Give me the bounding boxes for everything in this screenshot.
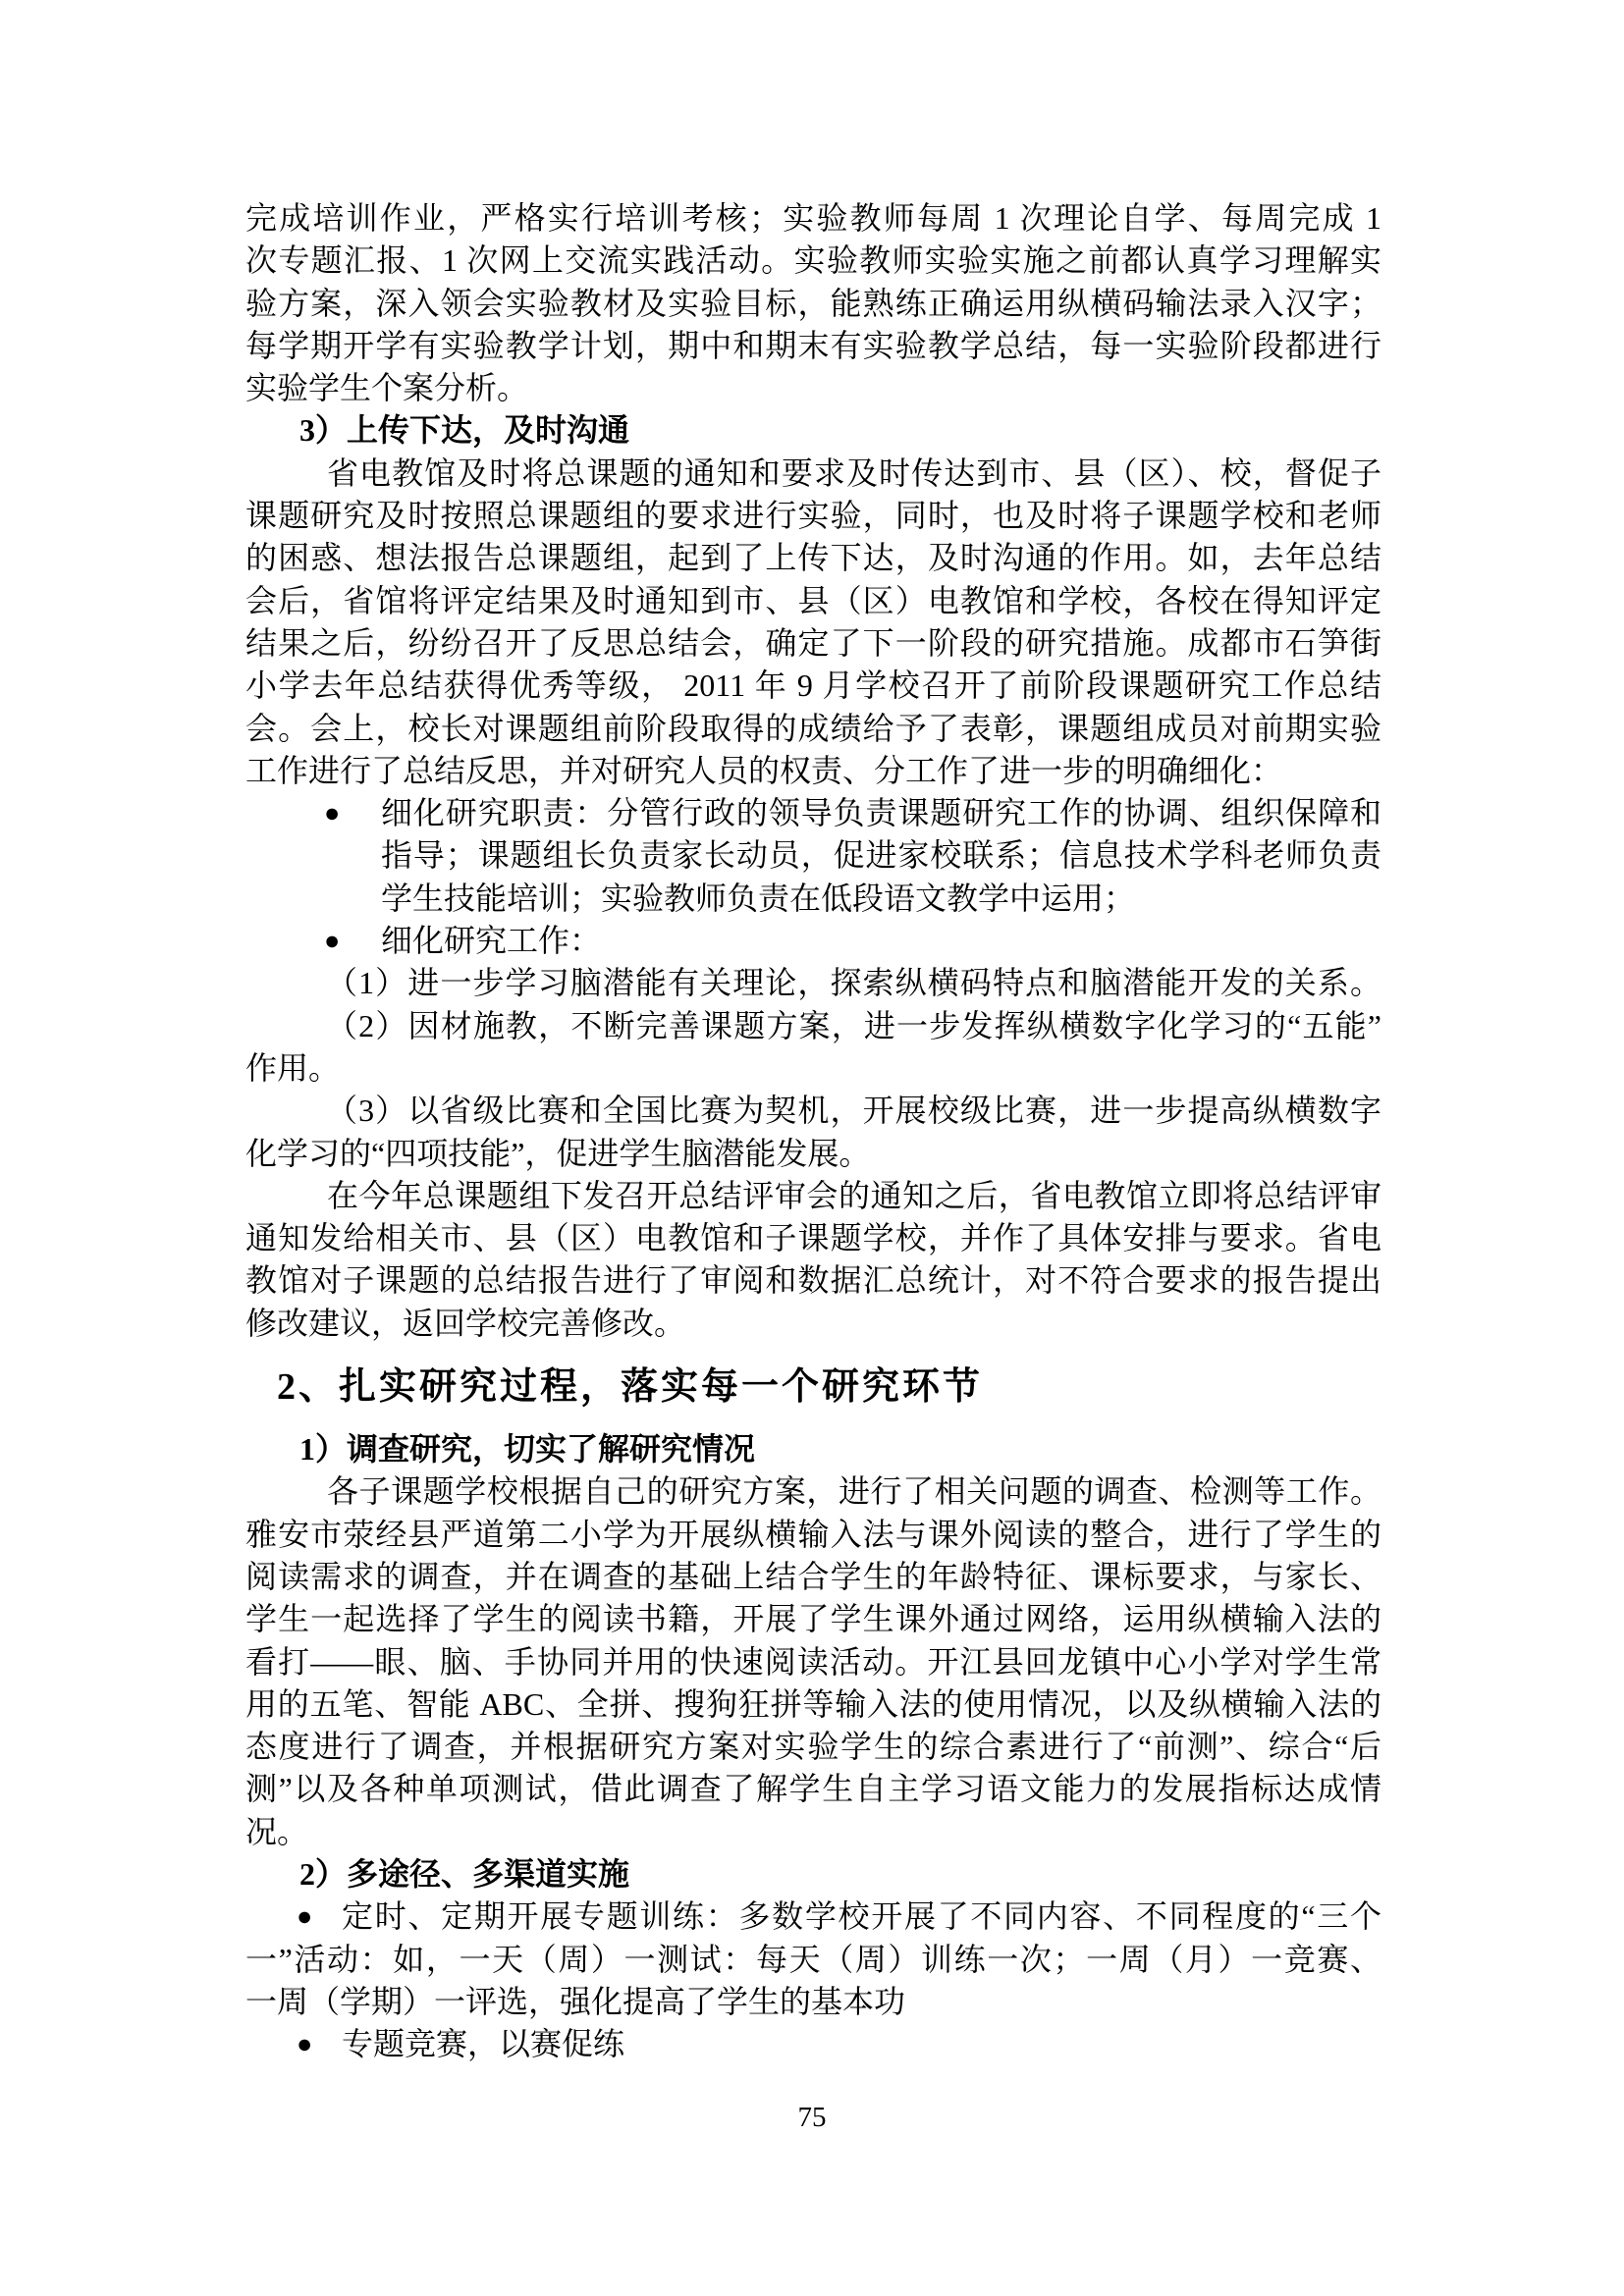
bullet-icon: ● bbox=[297, 2023, 312, 2065]
document-page: 完成培训作业，严格实行培训考核；实验教师每周 1 次理论自学、每周完成 1 次专… bbox=[0, 0, 1624, 2296]
body-text-line: 教馆对子课题的总结报告进行了审阅和数据汇总统计，对不符合要求的报告提出 bbox=[245, 1259, 1381, 1302]
body-text-line: 一”活动：如，一天（周）一测试：每天（周）训练一次；一周（月）一竞赛、 bbox=[245, 1939, 1381, 1981]
body-text-line: 在今年总课题组下发召开总结评审会的通知之后，省电教馆立即将总结评审 bbox=[245, 1175, 1381, 1217]
bullet-icon: ● bbox=[324, 920, 340, 962]
bullet-text-line: 学生技能培训；实验教师负责在低段语文教学中运用； bbox=[245, 878, 1381, 920]
bullet-item: ●细化研究工作： bbox=[245, 920, 1381, 962]
body-text-line: 阅读需求的调查，并在调查的基础上结合学生的年龄特征、课标要求，与家长、 bbox=[245, 1556, 1381, 1598]
section-heading: 2、扎实研究过程，落实每一个研究环节 bbox=[245, 1362, 1381, 1412]
subsection-heading: 3）上传下达，及时沟通 bbox=[245, 409, 1381, 452]
bullet-icon: ● bbox=[324, 792, 340, 834]
body-text-line: 修改建议，返回学校完善修改。 bbox=[245, 1303, 1381, 1345]
body-text-line: 每学期开学有实验教学计划，期中和期末有实验教学总结，每一实验阶段都进行 bbox=[245, 325, 1381, 367]
body-text-line: 省电教馆及时将总课题的通知和要求及时传达到市、县（区）、校，督促子 bbox=[245, 453, 1381, 495]
bullet-text: 定时、定期开展专题训练：多数学校开展了不同内容、不同程度的“三个 bbox=[342, 1898, 1381, 1934]
bullet-item: ●专题竞赛，以赛促练 bbox=[245, 2023, 1381, 2065]
body-text-line: 小学去年总结获得优秀等级， 2011 年 9 月学校召开了前阶段课题研究工作总结 bbox=[245, 665, 1381, 707]
page-number: 75 bbox=[0, 2101, 1624, 2134]
body-text-line: 会。会上，校长对课题组前阶段取得的成绩给予了表彰，课题组成员对前期实验 bbox=[245, 708, 1381, 750]
body-text-line: 通知发给相关市、县（区）电教馆和子课题学校，并作了具体安排与要求。省电 bbox=[245, 1217, 1381, 1259]
body-text-line: 用的五笔、智能 ABC、全拼、搜狗狂拼等输入法的使用情况，以及纵横输入法的 bbox=[245, 1683, 1381, 1726]
body-text-line: 会后，省馆将评定结果及时通知到市、县（区）电教馆和学校，各校在得知评定 bbox=[245, 580, 1381, 622]
numbered-item: （2）因材施教，不断完善课题方案，进一步发挥纵横数字化学习的“五能” bbox=[245, 1005, 1381, 1047]
bullet-item: ●定时、定期开展专题训练：多数学校开展了不同内容、不同程度的“三个 bbox=[245, 1896, 1381, 1938]
body-text-line: 各子课题学校根据自己的研究方案，进行了相关问题的调查、检测等工作。 bbox=[245, 1470, 1381, 1513]
body-text-line: 化学习的“四项技能”，促进学生脑潜能发展。 bbox=[245, 1133, 1381, 1175]
body-text-line: 完成培训作业，严格实行培训考核；实验教师每周 1 次理论自学、每周完成 1 bbox=[245, 197, 1381, 240]
body-text-line: 验方案，深入领会实验教材及实验目标，能熟练正确运用纵横码输法录入汉字； bbox=[245, 283, 1381, 325]
body-text-line: 工作进行了总结反思，并对研究人员的权责、分工作了进一步的明确细化： bbox=[245, 750, 1381, 792]
body-text-line: 课题研究及时按照总课题组的要求进行实验，同时，也及时将子课题学校和老师 bbox=[245, 495, 1381, 537]
bullet-text: 细化研究工作： bbox=[381, 923, 601, 958]
body-text-line: 看打——眼、脑、手协同并用的快速阅读活动。开江县回龙镇中心小学对学生常 bbox=[245, 1641, 1381, 1683]
body-text-line: 的困惑、想法报告总课题组，起到了上传下达，及时沟通的作用。如，去年总结 bbox=[245, 537, 1381, 579]
subsection-heading: 2）多途径、多渠道实施 bbox=[245, 1853, 1381, 1896]
bullet-icon: ● bbox=[297, 1896, 312, 1938]
bullet-text: 细化研究职责：分管行政的领导负责课题研究工作的协调、组织保障和 bbox=[381, 795, 1381, 830]
body-text-line: 作用。 bbox=[245, 1047, 1381, 1090]
body-text-line: 测”以及各种单项测试，借此调查了解学生自主学习语文能力的发展指标达成情 bbox=[245, 1768, 1381, 1810]
bullet-text: 专题竞赛，以赛促练 bbox=[342, 2026, 624, 2061]
body-text-line: 实验学生个案分析。 bbox=[245, 367, 1381, 409]
body-text-line: 结果之后，纷纷召开了反思总结会，确定了下一阶段的研究措施。成都市石笋街 bbox=[245, 622, 1381, 665]
numbered-item: （1）进一步学习脑潜能有关理论，探索纵横码特点和脑潜能开发的关系。 bbox=[245, 962, 1381, 1004]
subsection-heading: 1）调查研究，切实了解研究情况 bbox=[245, 1428, 1381, 1470]
bullet-text-line: 指导；课题组长负责家长动员，促进家校联系；信息技术学科老师负责 bbox=[245, 834, 1381, 877]
body-text-line: 次专题汇报、1 次网上交流实践活动。实验教师实验实施之前都认真学习理解实 bbox=[245, 240, 1381, 282]
body-text-line: 一周（学期）一评选，强化提高了学生的基本功 bbox=[245, 1981, 1381, 2023]
body-text-line: 态度进行了调查，并根据研究方案对实验学生的综合素进行了“前测”、综合“后 bbox=[245, 1726, 1381, 1768]
body-text-line: 学生一起选择了学生的阅读书籍，开展了学生课外通过网络，运用纵横输入法的 bbox=[245, 1598, 1381, 1640]
body-text-line: 况。 bbox=[245, 1811, 1381, 1853]
bullet-item: ●细化研究职责：分管行政的领导负责课题研究工作的协调、组织保障和 bbox=[245, 792, 1381, 834]
body-text-line: 雅安市荥经县严道第二小学为开展纵横输入法与课外阅读的整合，进行了学生的 bbox=[245, 1514, 1381, 1556]
text-block: 完成培训作业，严格实行培训考核；实验教师每周 1 次理论自学、每周完成 1 次专… bbox=[245, 197, 1381, 2065]
numbered-item: （3）以省级比赛和全国比赛为契机，开展校级比赛，进一步提高纵横数字 bbox=[245, 1090, 1381, 1132]
